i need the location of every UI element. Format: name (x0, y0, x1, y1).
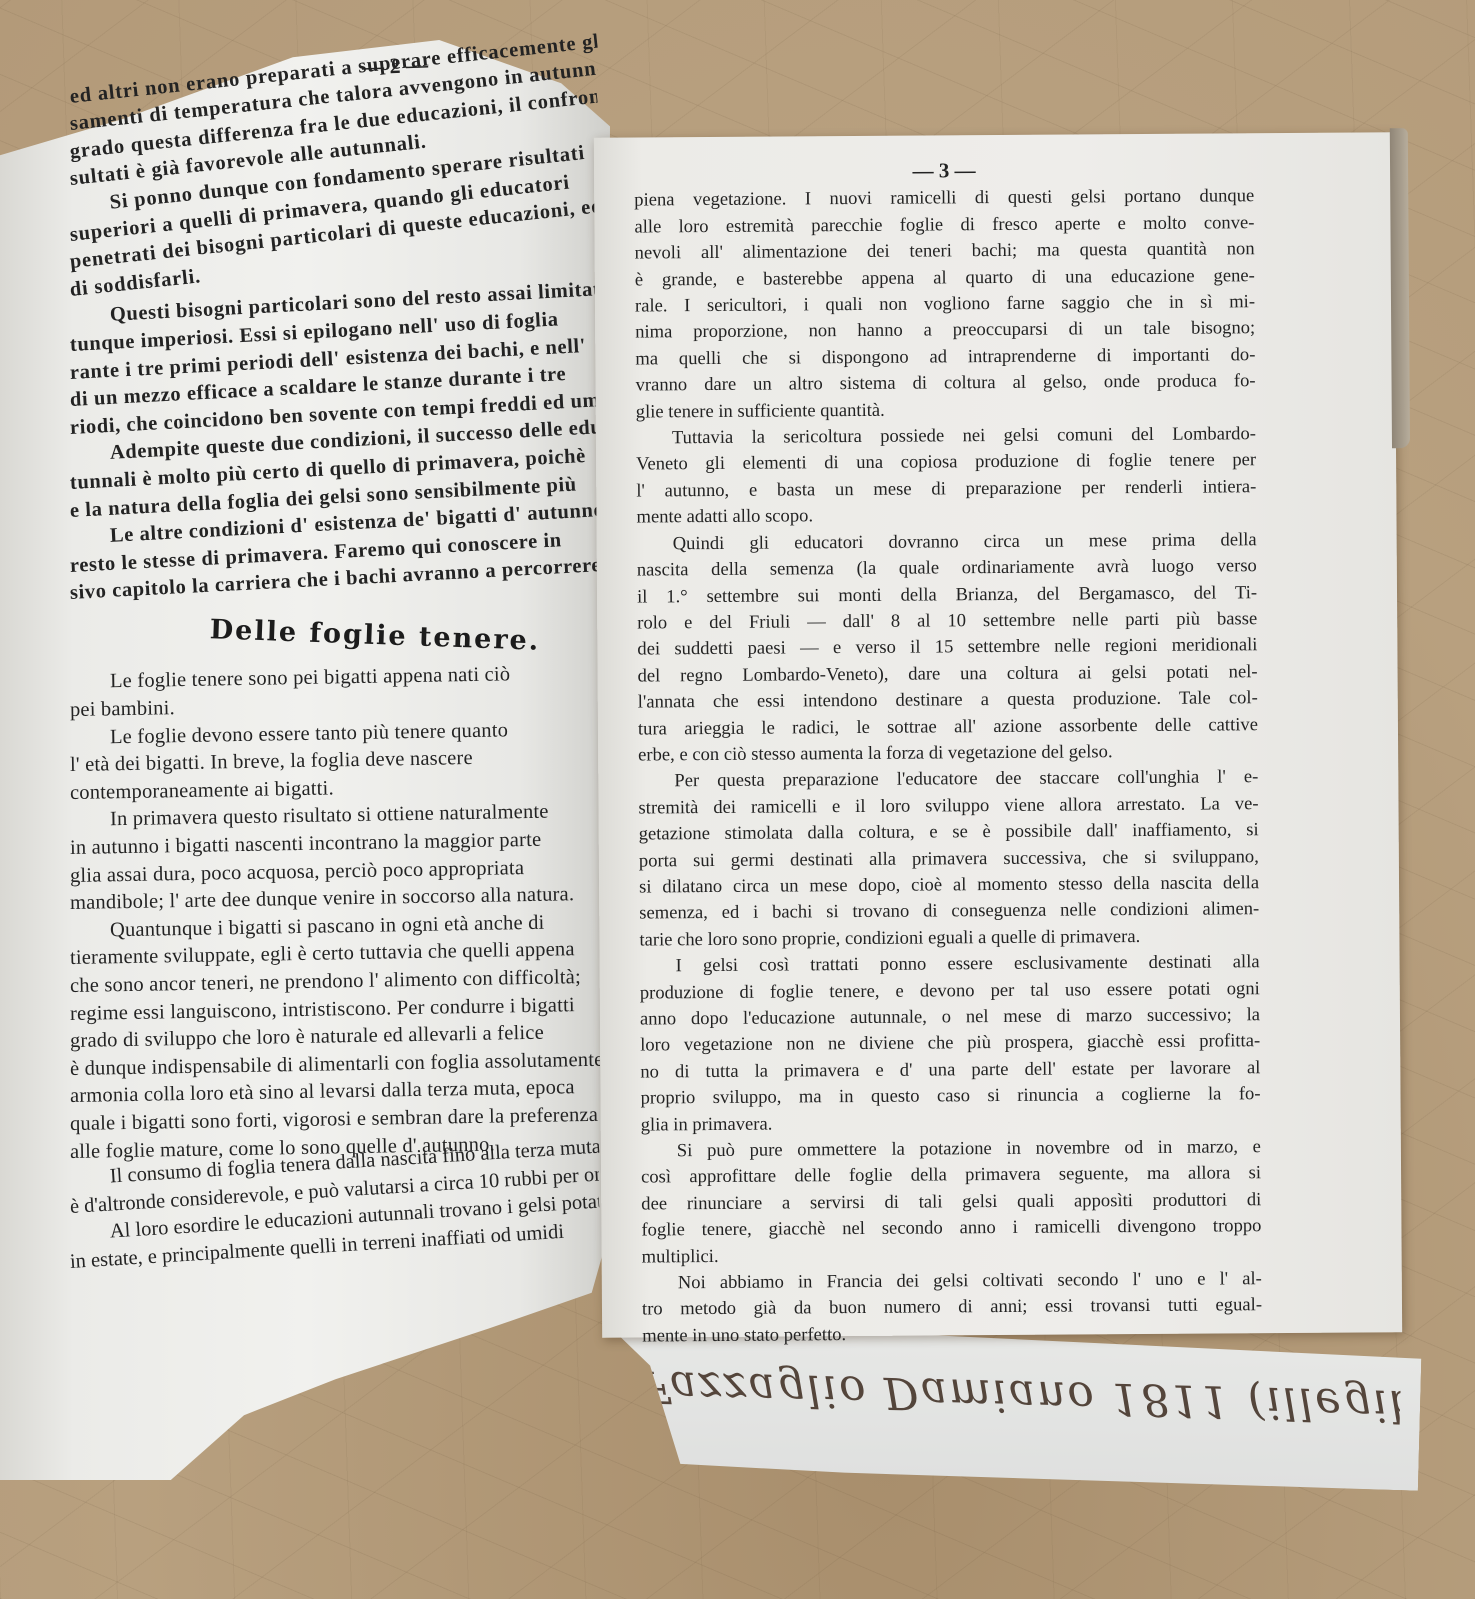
text-line: dei suddetti paesi — e verso il 15 sette… (637, 632, 1257, 663)
paragraph: Per questa preparazione l'educatore dee … (638, 765, 1259, 954)
paragraph: piena vegetazione. I nuovi ramicelli di … (634, 184, 1256, 426)
left-block-needs: Questi bisogni particolari sono del rest… (70, 304, 600, 608)
text-line: getazione stimolata dalla coltura, e se … (639, 817, 1259, 848)
right-page: — 3 — piena vegetazione. I nuovi ramicel… (594, 132, 1402, 1338)
paragraph: Si può pure ommettere la potazione in no… (641, 1134, 1262, 1270)
text-line: foglie tenere, giacchè nel secondo anno … (641, 1213, 1261, 1244)
handwritten-inscription: Fazzaglio Damiano 1811 (illegible, upsid… (640, 1360, 1401, 1431)
text-line: mente in uno stato perfetto. (642, 1319, 1262, 1350)
text-line: Per questa preparazione l'educatore dee … (638, 765, 1258, 796)
text-line: Veneto gli elementi di una copiosa produ… (636, 448, 1256, 479)
text-line: vranno dare un altro sistema di coltura … (635, 368, 1255, 399)
left-block-tender-leaves: Le foglie tenere sono pei bigatti appena… (70, 669, 600, 1166)
text-line: nevoli all' alimentazione dei teneri bac… (635, 236, 1255, 267)
text-line: il 1.° settembre sui monti della Brianza… (637, 580, 1257, 611)
chapter-title: Delle foglie tenere. (150, 614, 601, 657)
text-line: l' autunno, e basta un mese di preparazi… (636, 474, 1256, 505)
text-line: tro metodo già da buon numero di anni; e… (642, 1293, 1262, 1324)
left-block-intro: ed altri non erano preparati a superare … (70, 84, 600, 305)
text-line: piena vegetazione. I nuovi ramicelli di … (634, 184, 1254, 215)
left-page-text: — 2 — ed altri non erano preparati a sup… (70, 52, 600, 1277)
text-line: loro vegetazione non ne diviene che più … (640, 1029, 1260, 1060)
text-line: nascita della semenza (la quale ordinari… (637, 553, 1257, 584)
paragraph: Noi abbiamo in Francia dei gelsi coltiva… (642, 1266, 1263, 1350)
right-page-text: — 3 — piena vegetazione. I nuovi ramicel… (634, 155, 1262, 1350)
text-line: tura arieggia le radici, le sottrae all'… (638, 712, 1258, 743)
text-line: I gelsi così trattati ponno essere esclu… (640, 949, 1260, 980)
page-number-right: — 3 — (634, 155, 1254, 186)
text-line: proprio sviluppo, ma in questo caso si r… (640, 1081, 1260, 1112)
text-line: semenza, ed i bachi si trovano di conseg… (639, 897, 1259, 928)
paragraph: Quindi gli educatori dovranno circa un m… (637, 527, 1259, 769)
text-line: nima proporzione, non hanno a preoccupar… (635, 316, 1255, 347)
text-line: così approfittare delle foglie della pri… (641, 1161, 1261, 1192)
paragraph: I gelsi così trattati ponno essere esclu… (640, 949, 1261, 1138)
paragraph: Tuttavia la sericoltura possiede nei gel… (636, 421, 1257, 531)
left-block-consumption: Il consumo di foglia tenera dalla nascit… (70, 1166, 600, 1276)
text-line: l'annata che essi intendono destinare a … (638, 685, 1258, 716)
